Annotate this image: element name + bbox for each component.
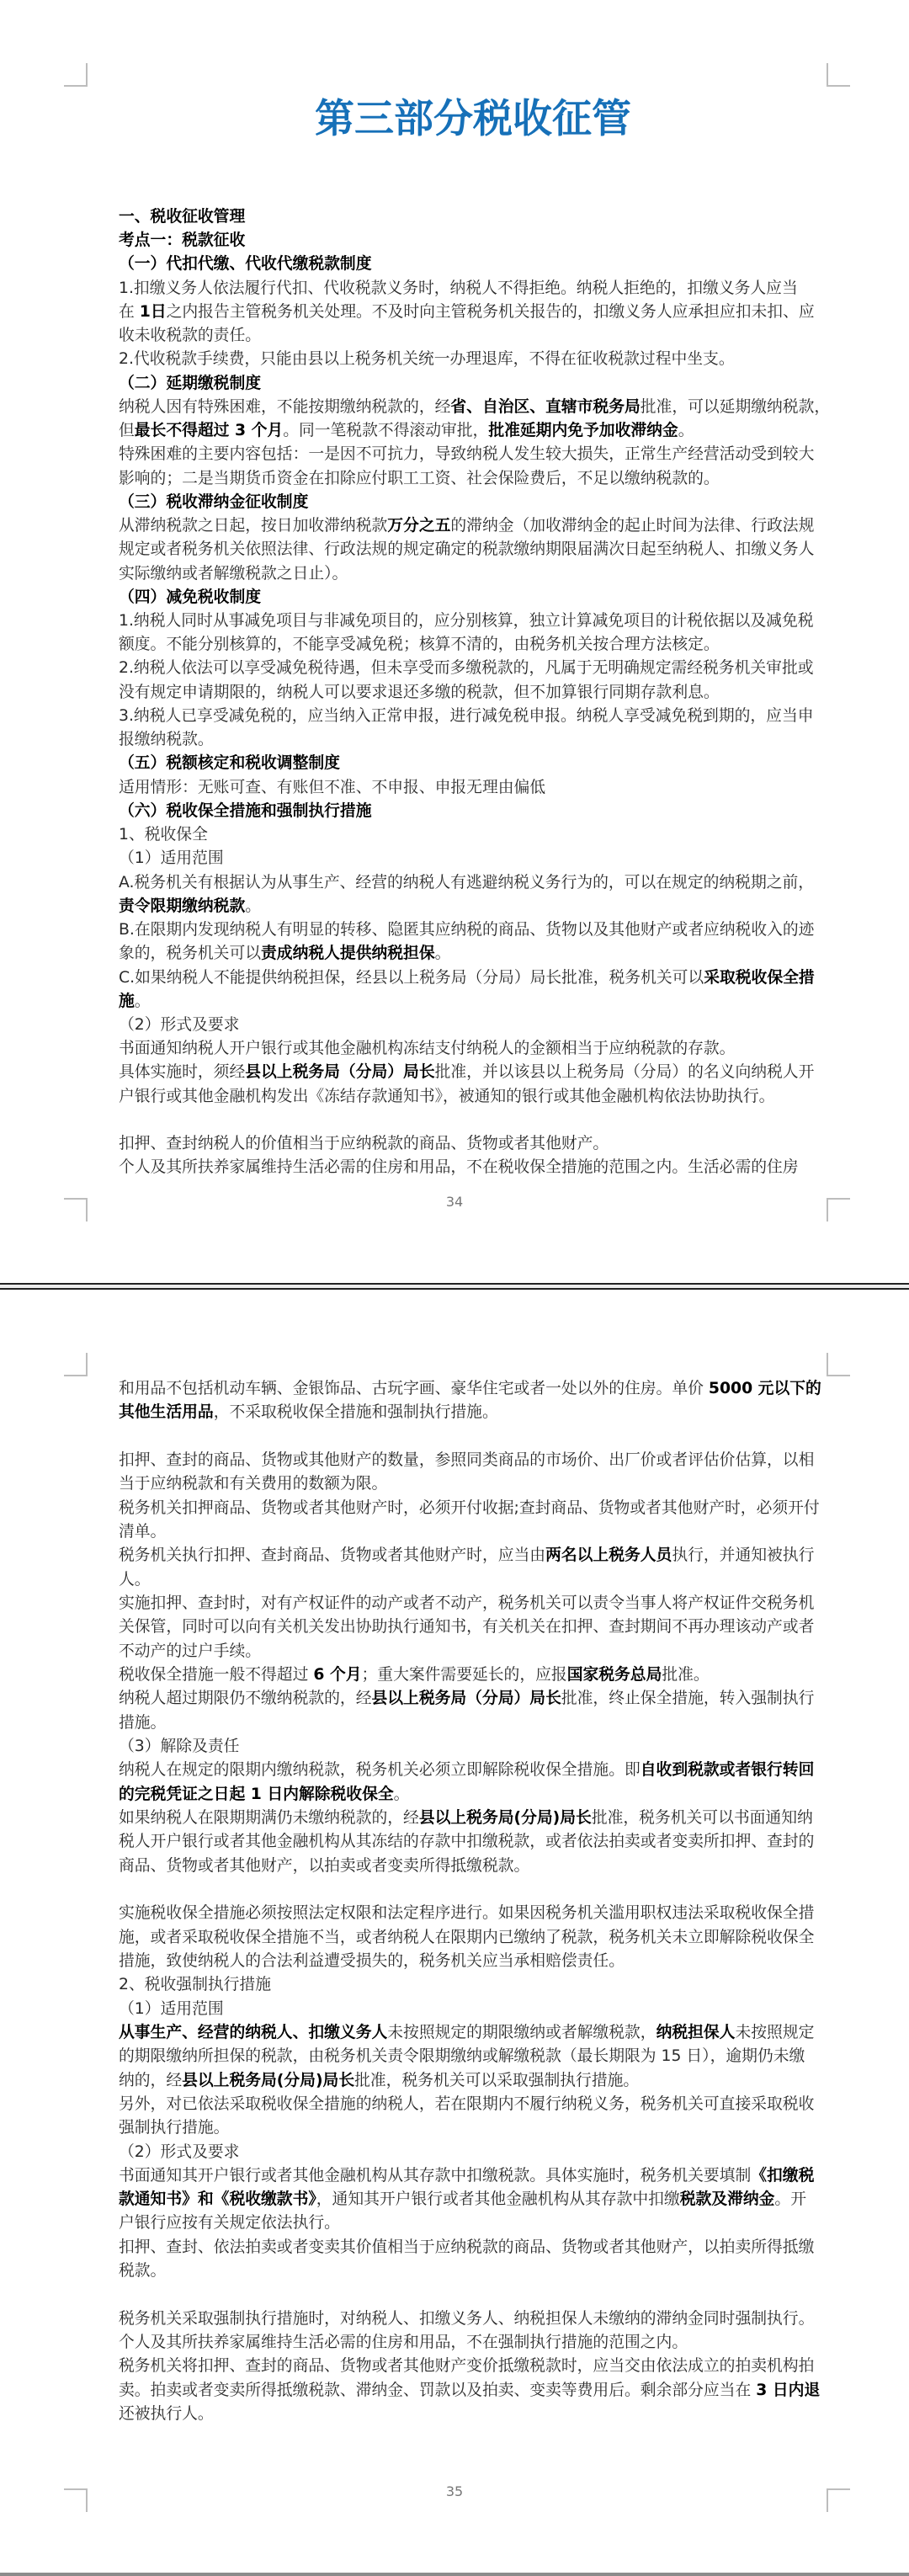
text-segment: ；重大案件需要延长的，应报 bbox=[362, 1666, 567, 1684]
body-line: 卖。拍卖或者变卖所得抵缴税款、滞纳金、罚款以及拍卖、变卖等费用后。剩余部分应当在… bbox=[119, 2379, 821, 2403]
text-segment: 扣押、查封纳税人的价值相当于应纳税款的商品、货物或者其他财产。 bbox=[119, 1135, 609, 1152]
text-segment: 税收保全措施一般不得超过 bbox=[119, 1666, 313, 1684]
text-segment: 从滞纳税款之日起，按日加收滞纳税款 bbox=[119, 517, 387, 535]
text-segment: 2.代收税款手续费，只能由县以上税务机关统一办理退库，不得在征收税款过程中坐支。 bbox=[119, 350, 735, 368]
text-segment: 如果纳税人在限期期满仍未缴纳税款的，经 bbox=[119, 1809, 419, 1827]
body-line: 没有规定申请期限的，纳税人可以要求退还多缴的税款，但不加算银行同期存款利息。 bbox=[119, 681, 830, 705]
heading-text: （五）税额核定和税收调整制度 bbox=[119, 754, 340, 772]
text-segment: 实施扣押、查封时，对有产权证件的动产或者不动产，税务机关可以责令当事人将产权证件… bbox=[119, 1594, 814, 1612]
body-line: 纳税人在规定的限期内缴纳税款，税务机关必须立即解除税收保全措施。即自收到税款或者… bbox=[119, 1759, 821, 1782]
page-title: 第三部分税收征管 bbox=[315, 98, 631, 141]
text-segment: 执行，并通知被执行 bbox=[672, 1546, 814, 1564]
body-line: 特殊困难的主要内容包括：一是因不可抗力，导致纳税人发生较大损失，正常生产经营活动… bbox=[119, 443, 830, 466]
text-segment: 适用情形：无账可查、有账但不准、不申报、申报无理由偏低 bbox=[119, 779, 545, 796]
subsection-heading: （3）解除及责任 bbox=[119, 1735, 821, 1759]
text-segment: ，不采取税收保全措施和强制执行措施。 bbox=[214, 1403, 498, 1421]
text-segment: 和用品不包括机动车辆、金银饰品、古玩字画、豪华住宅或者一处以外的住房。单价 bbox=[119, 1380, 709, 1397]
text-segment: 之内报告主管税务机关处理。不及时向主管税务机关报告的，扣缴义务人应承担应扣未扣、… bbox=[167, 303, 815, 321]
section-heading: 考点一：税款征收 bbox=[119, 229, 830, 253]
bold-text-segment: 县以上税务局（分局）局长 bbox=[245, 1063, 434, 1081]
bold-text-segment: 国家税务总局 bbox=[567, 1666, 662, 1684]
text-segment: 不动产的过户手续。 bbox=[119, 1642, 261, 1660]
crop-mark-top-right bbox=[827, 1353, 850, 1376]
bold-text-segment: 税款及滞纳金 bbox=[680, 2190, 775, 2208]
page-35-body: 和用品不包括机动车辆、金银饰品、古玩字画、豪华住宅或者一处以外的住房。单价 50… bbox=[119, 1377, 821, 2426]
text-segment: ，通知其开户银行或者其他金融机构从其存款中扣缴 bbox=[316, 2190, 680, 2208]
bold-text-segment: 责成纳税人提供纳税担保 bbox=[261, 945, 435, 962]
bold-text-segment: 的完税凭证之日起 1 日内解除税收保全 bbox=[119, 1786, 394, 1803]
body-line: 收未收税款的责任。 bbox=[119, 324, 830, 348]
section-heading: （五）税额核定和税收调整制度 bbox=[119, 752, 830, 775]
body-line: 书面通知其开户银行或者其他金融机构从其存款中扣缴税款。具体实施时，税务机关要填制… bbox=[119, 2164, 821, 2188]
text-segment: 税务机关扣押商品、货物或者其他财产时，必须开付收据;查封商品、货物或者其他财产时… bbox=[119, 1499, 820, 1517]
body-line: 在 1日之内报告主管税务机关处理。不及时向主管税务机关报告的，扣缴义务人应承担应… bbox=[119, 301, 830, 324]
text-segment: 强制执行措施。 bbox=[119, 2119, 229, 2137]
text-segment: 1.扣缴义务人依法履行代扣、代收税款义务时，纳税人不得拒绝。纳税人拒绝的，扣缴义… bbox=[119, 279, 798, 297]
text-segment: 但 bbox=[119, 422, 135, 439]
blank-line bbox=[119, 1425, 821, 1449]
text-segment: 。 bbox=[678, 422, 694, 439]
body-line: 税人开户银行或者其他金融机构从其冻结的存款中扣缴税款，或者依法拍卖或者变卖所扣押… bbox=[119, 1830, 821, 1854]
body-line: 人。 bbox=[119, 1568, 821, 1592]
heading-text: （二）延期缴税制度 bbox=[119, 375, 261, 392]
heading-text: （三）税收滞纳金征收制度 bbox=[119, 493, 308, 511]
body-line: A.税务机关有根据认为从事生产、经营的纳税人有逃避纳税义务行为的，可以在规定的纳… bbox=[119, 871, 830, 895]
page-number: 35 bbox=[0, 2483, 909, 2500]
body-line: 如果纳税人在限期期满仍未缴纳税款的，经县以上税务局(分局)局长批准，税务机关可以… bbox=[119, 1807, 821, 1830]
text-segment: 纳的，经 bbox=[119, 2072, 182, 2089]
text-segment: 。 bbox=[394, 1786, 410, 1803]
text-segment: 户银行应按有关规定依法执行。 bbox=[119, 2214, 340, 2232]
text-segment: 批准，并以该县以上税务局（分局）的名义向纳税人开 bbox=[435, 1063, 815, 1081]
text-segment: 关保管，同时可以向有关机关发出协助执行通知书，有关机关在扣押、查封期间不再办理该… bbox=[119, 1618, 814, 1636]
text-segment: 人。 bbox=[119, 1571, 151, 1589]
text-segment: 商品、货物或者其他财产，以拍卖或者变卖所得抵缴税款。 bbox=[119, 1857, 529, 1875]
subsection-heading: （1）适用范围 bbox=[119, 1998, 821, 2021]
body-line: 另外，对已依法采取税收保全措施的纳税人，若在限期内不履行纳税义务，税务机关可直接… bbox=[119, 2093, 821, 2116]
body-line: 1.纳税人同时从事减免项目与非减免项目的，应分别核算，独立计算减免项目的计税依据… bbox=[119, 609, 830, 633]
body-line: 责令限期缴纳税款。 bbox=[119, 895, 830, 918]
body-line: 实际缴纳或者解缴税款之日止）。 bbox=[119, 562, 830, 586]
bold-text-segment: 1日 bbox=[140, 303, 167, 321]
crop-mark-top-left bbox=[64, 63, 88, 87]
text-segment: 扣押、查封、依法拍卖或者变卖其价值相当于应纳税款的商品、货物或者其他财产，以拍卖… bbox=[119, 2238, 814, 2256]
blank-line bbox=[119, 2283, 821, 2307]
text-segment: 象的，税务机关可以 bbox=[119, 945, 261, 962]
text-segment: 特殊困难的主要内容包括：一是因不可抗力，导致纳税人发生较大损失，正常生产经营活动… bbox=[119, 445, 814, 463]
body-line: 扣押、查封、依法拍卖或者变卖其价值相当于应纳税款的商品、货物或者其他财产，以拍卖… bbox=[119, 2236, 821, 2259]
body-line: 规定或者税务机关依照法律、行政法规的规定确定的税款缴纳期限届满次日起至纳税人、扣… bbox=[119, 538, 830, 562]
subsection-heading: （1）适用范围 bbox=[119, 847, 830, 870]
body-line: 具体实施时，须经县以上税务局（分局）局长批准，并以该县以上税务局（分局）的名义向… bbox=[119, 1061, 830, 1084]
text-segment: 没有规定申请期限的，纳税人可以要求退还多缴的税款，但不加算银行同期存款利息。 bbox=[119, 684, 720, 701]
text-segment: 1、税收保全 bbox=[119, 826, 208, 844]
text-segment: 清单。 bbox=[119, 1523, 166, 1541]
text-segment: 还被执行人。 bbox=[119, 2405, 214, 2423]
text-segment: 。开 bbox=[774, 2190, 806, 2208]
text-segment: 。 bbox=[435, 945, 451, 962]
text-segment: 另外，对已依法采取税收保全措施的纳税人，若在限期内不履行纳税义务，税务机关可直接… bbox=[119, 2095, 814, 2113]
text-segment: 报缴纳税款。 bbox=[119, 731, 214, 748]
text-segment: 未按照规定 bbox=[735, 2024, 814, 2041]
bold-text-segment: 最长不得超过 3 个月 bbox=[135, 422, 283, 439]
text-segment: 措施，致使纳税人的合法利益遭受损失的，税务机关应当承相赔偿责任。 bbox=[119, 1952, 625, 1970]
text-segment: 收未收税款的责任。 bbox=[119, 327, 261, 344]
blank-line bbox=[119, 1878, 821, 1902]
subsection-heading: 2、税收强制执行措施 bbox=[119, 1973, 821, 1997]
page-break-separator bbox=[0, 1283, 909, 1290]
body-line: 当于应纳税款和有关费用的数额为限。 bbox=[119, 1472, 821, 1496]
body-line: 和用品不包括机动车辆、金银饰品、古玩字画、豪华住宅或者一处以外的住房。单价 50… bbox=[119, 1377, 821, 1401]
text-segment: C.如果纳税人不能提供纳税担保，经县以上税务局（分局）局长批准，税务机关可以 bbox=[119, 969, 704, 987]
text-segment: 纳税人在规定的限期内缴纳税款，税务机关必须立即解除税收保全措施。即 bbox=[119, 1761, 641, 1779]
text-segment: 措施。 bbox=[119, 1714, 166, 1732]
heading-text: （一）代扣代缴、代收代缴税款制度 bbox=[119, 255, 372, 273]
text-segment: 税人开户银行或者其他金融机构从其冻结的存款中扣缴税款，或者依法拍卖或者变卖所扣押… bbox=[119, 1833, 814, 1850]
text-segment: 税款。 bbox=[119, 2262, 166, 2280]
body-line: 实施扣押、查封时，对有产权证件的动产或者不动产，税务机关可以责令当事人将产权证件… bbox=[119, 1592, 821, 1615]
body-line: 其他生活用品，不采取税收保全措施和强制执行措施。 bbox=[119, 1401, 821, 1424]
text-segment: 批准，税务机关可以采取强制执行措施。 bbox=[354, 2072, 639, 2089]
bold-text-segment: 《扣缴税 bbox=[751, 2167, 814, 2185]
heading-text: 考点一：税款征收 bbox=[119, 232, 245, 249]
body-line: 2.代收税款手续费，只能由县以上税务机关统一办理退库，不得在征收税款过程中坐支。 bbox=[119, 348, 830, 371]
body-line: 税务机关采取强制执行措施时，对纳税人、扣缴义务人、纳税担保人未缴纳的滞纳金同时强… bbox=[119, 2307, 821, 2331]
text-segment: 2、税收强制执行措施 bbox=[119, 1976, 271, 1993]
body-line: 清单。 bbox=[119, 1520, 821, 1544]
text-segment: B.在限期内发现纳税人有明显的转移、隐匿其应纳税的商品、货物以及其他财产或者应纳… bbox=[119, 921, 814, 939]
body-line: 税务机关将扣押、查封的商品、货物或者其他财产变价抵缴税款时，应当交由依法成立的拍… bbox=[119, 2355, 821, 2378]
text-segment: 实际缴纳或者解缴税款之日止）。 bbox=[119, 565, 348, 583]
section-heading: （三）税收滞纳金征收制度 bbox=[119, 491, 830, 514]
body-line: C.如果纳税人不能提供纳税担保，经县以上税务局（分局）局长批准，税务机关可以采取… bbox=[119, 966, 830, 990]
text-segment: 。同一笔税款不得滚动审批， bbox=[283, 422, 488, 439]
text-segment: 在 bbox=[119, 303, 140, 321]
body-line: 扣押、查封的商品、货物或其他财产的数量，参照同类商品的市场价、出厂价或者评估价估… bbox=[119, 1449, 821, 1472]
body-line: 纳的，经县以上税务局(分局)局长批准，税务机关可以采取强制执行措施。 bbox=[119, 2069, 821, 2093]
text-segment: 的滞纳金（加收滞纳金的起止时间为法律、行政法规 bbox=[450, 517, 814, 535]
bold-text-segment: 自收到税款或者银行转回 bbox=[641, 1761, 815, 1779]
text-segment: 批准，税务机关可以书面通知纳 bbox=[592, 1809, 813, 1827]
section-heading: （六）税收保全措施和强制执行措施 bbox=[119, 800, 830, 823]
bold-text-segment: 省、自治区、直辖市税务局 bbox=[450, 398, 640, 416]
body-line: 的期限缴纳所担保的税款，由税务机关责令限期缴纳或解缴税款（最长期限为 15 日）… bbox=[119, 2045, 821, 2068]
section-heading: （二）延期缴税制度 bbox=[119, 372, 830, 396]
bold-text-segment: 5000 元以下的 bbox=[709, 1380, 821, 1397]
body-line: 税务机关扣押商品、货物或者其他财产时，必须开付收据;查封商品、货物或者其他财产时… bbox=[119, 1497, 821, 1520]
text-segment: 3.纳税人已享受减免税的，应当纳入正常申报，进行减免税申报。纳税人享受减免税到期… bbox=[119, 707, 814, 725]
heading-text: （四）减免税收制度 bbox=[119, 588, 261, 606]
body-line: 象的，税务机关可以责成纳税人提供纳税担保。 bbox=[119, 942, 830, 966]
text-segment: 当于应纳税款和有关费用的数额为限。 bbox=[119, 1475, 387, 1493]
text-segment: 实施税收保全措施必须按照法定权限和法定程序进行。如果因税务机关滥用职权违法采取税… bbox=[119, 1904, 814, 1922]
bold-text-segment: 纳税担保人 bbox=[656, 2024, 736, 2041]
body-line: 扣押、查封纳税人的价值相当于应纳税款的商品、货物或者其他财产。 bbox=[119, 1132, 830, 1156]
text-segment: 。 bbox=[245, 897, 261, 915]
bold-text-segment: 采取税收保全措 bbox=[704, 969, 814, 987]
body-line: 纳税人超过期限仍不缴纳税款的，经县以上税务局（分局）局长批准，终止保全措施，转入… bbox=[119, 1687, 821, 1711]
text-segment: 批准。 bbox=[662, 1666, 709, 1684]
bold-text-segment: 县以上税务局(分局)局长 bbox=[419, 1809, 592, 1827]
blank-line bbox=[119, 1109, 830, 1132]
text-segment: 。 bbox=[135, 993, 151, 1010]
body-line: 户银行或其他金融机构发出《冻结存款通知书》，被通知的银行或其他金融机构依法协助执… bbox=[119, 1085, 830, 1109]
section-heading: 一、税收征收管理 bbox=[119, 205, 830, 229]
page-number: 34 bbox=[0, 1194, 909, 1211]
body-line: 关保管，同时可以向有关机关发出协助执行通知书，有关机关在扣押、查封期间不再办理该… bbox=[119, 1615, 821, 1639]
subsection-heading: 1、税收保全 bbox=[119, 823, 830, 847]
bold-text-segment: 施 bbox=[119, 993, 135, 1010]
body-line: 影响的；二是当期货币资金在扣除应付职工工资、社会保险费后，不足以缴纳税款的。 bbox=[119, 467, 830, 491]
bold-text-segment: 县以上税务局(分局)局长 bbox=[182, 2072, 354, 2089]
bold-text-segment: 款通知书》和《税收缴款书》 bbox=[119, 2190, 316, 2208]
body-line: 措施，致使纳税人的合法利益遭受损失的，税务机关应当承相赔偿责任。 bbox=[119, 1950, 821, 1973]
text-segment: 2.纳税人依法可以享受减免税待遇，但未享受而多缴税款的，凡属于无明确规定需经税务… bbox=[119, 659, 814, 677]
text-segment: A.税务机关有根据认为从事生产、经营的纳税人有逃避纳税义务行为的，可以在规定的纳… bbox=[119, 874, 814, 891]
body-line: 但最长不得超过 3 个月。同一笔税款不得滚动审批，批准延期内免予加收滞纳金。 bbox=[119, 419, 830, 443]
heading-text: （六）税收保全措施和强制执行措施 bbox=[119, 802, 372, 820]
text-segment: 税务机关采取强制执行措施时，对纳税人、扣缴义务人、纳税担保人未缴纳的滞纳金同时强… bbox=[119, 2310, 814, 2328]
body-line: 强制执行措施。 bbox=[119, 2116, 821, 2140]
text-segment: 卖。拍卖或者变卖所得抵缴税款、滞纳金、罚款以及拍卖、变卖等费用后。剩余部分应当在 bbox=[119, 2382, 756, 2399]
body-line: 报缴纳税款。 bbox=[119, 728, 830, 752]
text-segment: 影响的；二是当期货币资金在扣除应付职工工资、社会保险费后，不足以缴纳税款的。 bbox=[119, 470, 720, 487]
text-segment: 书面通知纳税人开户银行或其他金融机构冻结支付纳税人的金额相当于应纳税款的存款。 bbox=[119, 1040, 735, 1057]
text-segment: （2）形式及要求 bbox=[119, 1016, 239, 1034]
text-segment: 户银行或其他金融机构发出《冻结存款通知书》，被通知的银行或其他金融机构依法协助执… bbox=[119, 1088, 774, 1105]
subsection-heading: （2）形式及要求 bbox=[119, 2141, 821, 2164]
crop-mark-top-right bbox=[827, 63, 850, 87]
text-segment: 纳税人因有特殊困难，不能按期缴纳税款的，经 bbox=[119, 398, 450, 416]
text-segment: 纳税人超过期限仍不缴纳税款的，经 bbox=[119, 1690, 372, 1707]
text-segment: 批准，可以延期缴纳税款， bbox=[641, 398, 830, 416]
body-line: 施，或者采取税收保全措施不当，或者纳税人在限期内已缴纳了税款，税务机关未立即解除… bbox=[119, 1926, 821, 1950]
text-segment: 的期限缴纳所担保的税款，由税务机关责令限期缴纳或解缴税款（最长期限为 15 日）… bbox=[119, 2047, 805, 2065]
text-segment: （2）形式及要求 bbox=[119, 2143, 239, 2161]
bold-text-segment: 6 个月 bbox=[313, 1666, 361, 1684]
body-line: B.在限期内发现纳税人有明显的转移、隐匿其应纳税的商品、货物以及其他财产或者应纳… bbox=[119, 918, 830, 942]
crop-mark-top-left bbox=[64, 1353, 88, 1376]
text-segment: 未按照规定的期限缴纳或者解缴税款， bbox=[387, 2024, 656, 2041]
text-segment: 个人及其所扶养家属维持生活必需的住房和用品，不在税收保全措施的范围之内。生活必需… bbox=[119, 1158, 799, 1176]
bold-text-segment: 从事生产、经营的纳税人、扣缴义务人 bbox=[119, 2024, 387, 2041]
text-segment: （1）适用范围 bbox=[119, 849, 224, 867]
body-line: 的完税凭证之日起 1 日内解除税收保全。 bbox=[119, 1783, 821, 1807]
text-segment: 书面通知其开户银行或者其他金融机构从其存款中扣缴税款。具体实施时，税务机关要填制 bbox=[119, 2167, 751, 2185]
body-line: 额度。不能分别核算的，不能享受减免税；核算不清的，由税务机关按合理方法核定。 bbox=[119, 633, 830, 657]
bold-text-segment: 两名以上税务人员 bbox=[545, 1546, 672, 1564]
text-segment: 扣押、查封的商品、货物或其他财产的数量，参照同类商品的市场价、出厂价或者评估价估… bbox=[119, 1451, 814, 1469]
text-segment: 1.纳税人同时从事减免项目与非减免项目的，应分别核算，独立计算减免项目的计税依据… bbox=[119, 612, 814, 630]
body-line: 1.扣缴义务人依法履行代扣、代收税款义务时，纳税人不得拒绝。纳税人拒绝的，扣缴义… bbox=[119, 277, 830, 301]
text-segment: 额度。不能分别核算的，不能享受减免税；核算不清的，由税务机关按合理方法核定。 bbox=[119, 636, 720, 653]
body-line: 实施税收保全措施必须按照法定权限和法定程序进行。如果因税务机关滥用职权违法采取税… bbox=[119, 1902, 821, 1925]
body-line: 商品、货物或者其他财产，以拍卖或者变卖所得抵缴税款。 bbox=[119, 1855, 821, 1878]
body-line: 从滞纳税款之日起，按日加收滞纳税款万分之五的滞纳金（加收滞纳金的起止时间为法律、… bbox=[119, 514, 830, 538]
text-segment: 个人及其所扶养家属维持生活必需的住房和用品，不在强制执行措施的范围之内。 bbox=[119, 2334, 688, 2351]
body-line: 纳税人因有特殊困难，不能按期缴纳税款的，经省、自治区、直辖市税务局批准，可以延期… bbox=[119, 396, 830, 419]
bold-text-segment: 其他生活用品 bbox=[119, 1403, 214, 1421]
body-line: 书面通知纳税人开户银行或其他金融机构冻结支付纳税人的金额相当于应纳税款的存款。 bbox=[119, 1037, 830, 1061]
subsection-heading: （2）形式及要求 bbox=[119, 1014, 830, 1037]
body-line: 款通知书》和《税收缴款书》，通知其开户银行或者其他金融机构从其存款中扣缴税款及滞… bbox=[119, 2188, 821, 2211]
section-heading: （一）代扣代缴、代收代缴税款制度 bbox=[119, 253, 830, 276]
text-segment: 具体实施时，须经 bbox=[119, 1063, 245, 1081]
body-line: 户银行应按有关规定依法执行。 bbox=[119, 2211, 821, 2235]
bold-text-segment: 县以上税务局（分局）局长 bbox=[372, 1690, 561, 1707]
bold-text-segment: 责令限期缴纳税款 bbox=[119, 897, 245, 915]
text-segment: 施，或者采取税收保全措施不当，或者纳税人在限期内已缴纳了税款，税务机关未立即解除… bbox=[119, 1929, 814, 1946]
body-line: 个人及其所扶养家属维持生活必需的住房和用品，不在税收保全措施的范围之内。生活必需… bbox=[119, 1156, 830, 1179]
text-segment: （3）解除及责任 bbox=[119, 1738, 239, 1755]
body-line: 3.纳税人已享受减免税的，应当纳入正常申报，进行减免税申报。纳税人享受减免税到期… bbox=[119, 705, 830, 728]
text-segment: 税务机关执行扣押、查封商品、货物或者其他财产时，应当由 bbox=[119, 1546, 545, 1564]
text-segment: 税务机关将扣押、查封的商品、货物或者其他财产变价抵缴税款时，应当交由依法成立的拍… bbox=[119, 2357, 814, 2375]
bold-text-segment: 万分之五 bbox=[387, 517, 450, 535]
bold-text-segment: 3 日内退 bbox=[756, 2382, 820, 2399]
body-line: 适用情形：无账可查、有账但不准、不申报、申报无理由偏低 bbox=[119, 776, 830, 800]
bold-text-segment: 批准延期内免予加收滞纳金 bbox=[488, 422, 678, 439]
section-heading: （四）减免税收制度 bbox=[119, 586, 830, 609]
body-line: 施。 bbox=[119, 990, 830, 1014]
body-line: 措施。 bbox=[119, 1711, 821, 1735]
page-34-body: 一、税收征收管理 考点一：税款征收 （一）代扣代缴、代收代缴税款制度 1.扣缴义… bbox=[119, 205, 830, 1180]
text-segment: 批准，终止保全措施，转入强制执行 bbox=[561, 1690, 815, 1707]
body-line: 税款。 bbox=[119, 2259, 821, 2283]
body-line: 税务机关执行扣押、查封商品、货物或者其他财产时，应当由两名以上税务人员执行，并通… bbox=[119, 1544, 821, 1567]
page-bottom-edge bbox=[0, 2573, 909, 2576]
body-line: 从事生产、经营的纳税人、扣缴义务人未按照规定的期限缴纳或者解缴税款，纳税担保人未… bbox=[119, 2021, 821, 2045]
body-line: 不动产的过户手续。 bbox=[119, 1640, 821, 1663]
body-line: 税收保全措施一般不得超过 6 个月；重大案件需要延长的，应报国家税务总局批准。 bbox=[119, 1663, 821, 1687]
body-line: 还被执行人。 bbox=[119, 2403, 821, 2426]
body-line: 个人及其所扶养家属维持生活必需的住房和用品，不在强制执行措施的范围之内。 bbox=[119, 2331, 821, 2355]
body-line: 2.纳税人依法可以享受减免税待遇，但未享受而多缴税款的，凡属于无明确规定需经税务… bbox=[119, 657, 830, 680]
text-segment: （1）适用范围 bbox=[119, 2000, 224, 2018]
heading-text: 一、税收征收管理 bbox=[119, 208, 245, 226]
text-segment: 规定或者税务机关依照法律、行政法规的规定确定的税款缴纳期限届满次日起至纳税人、扣… bbox=[119, 540, 814, 558]
